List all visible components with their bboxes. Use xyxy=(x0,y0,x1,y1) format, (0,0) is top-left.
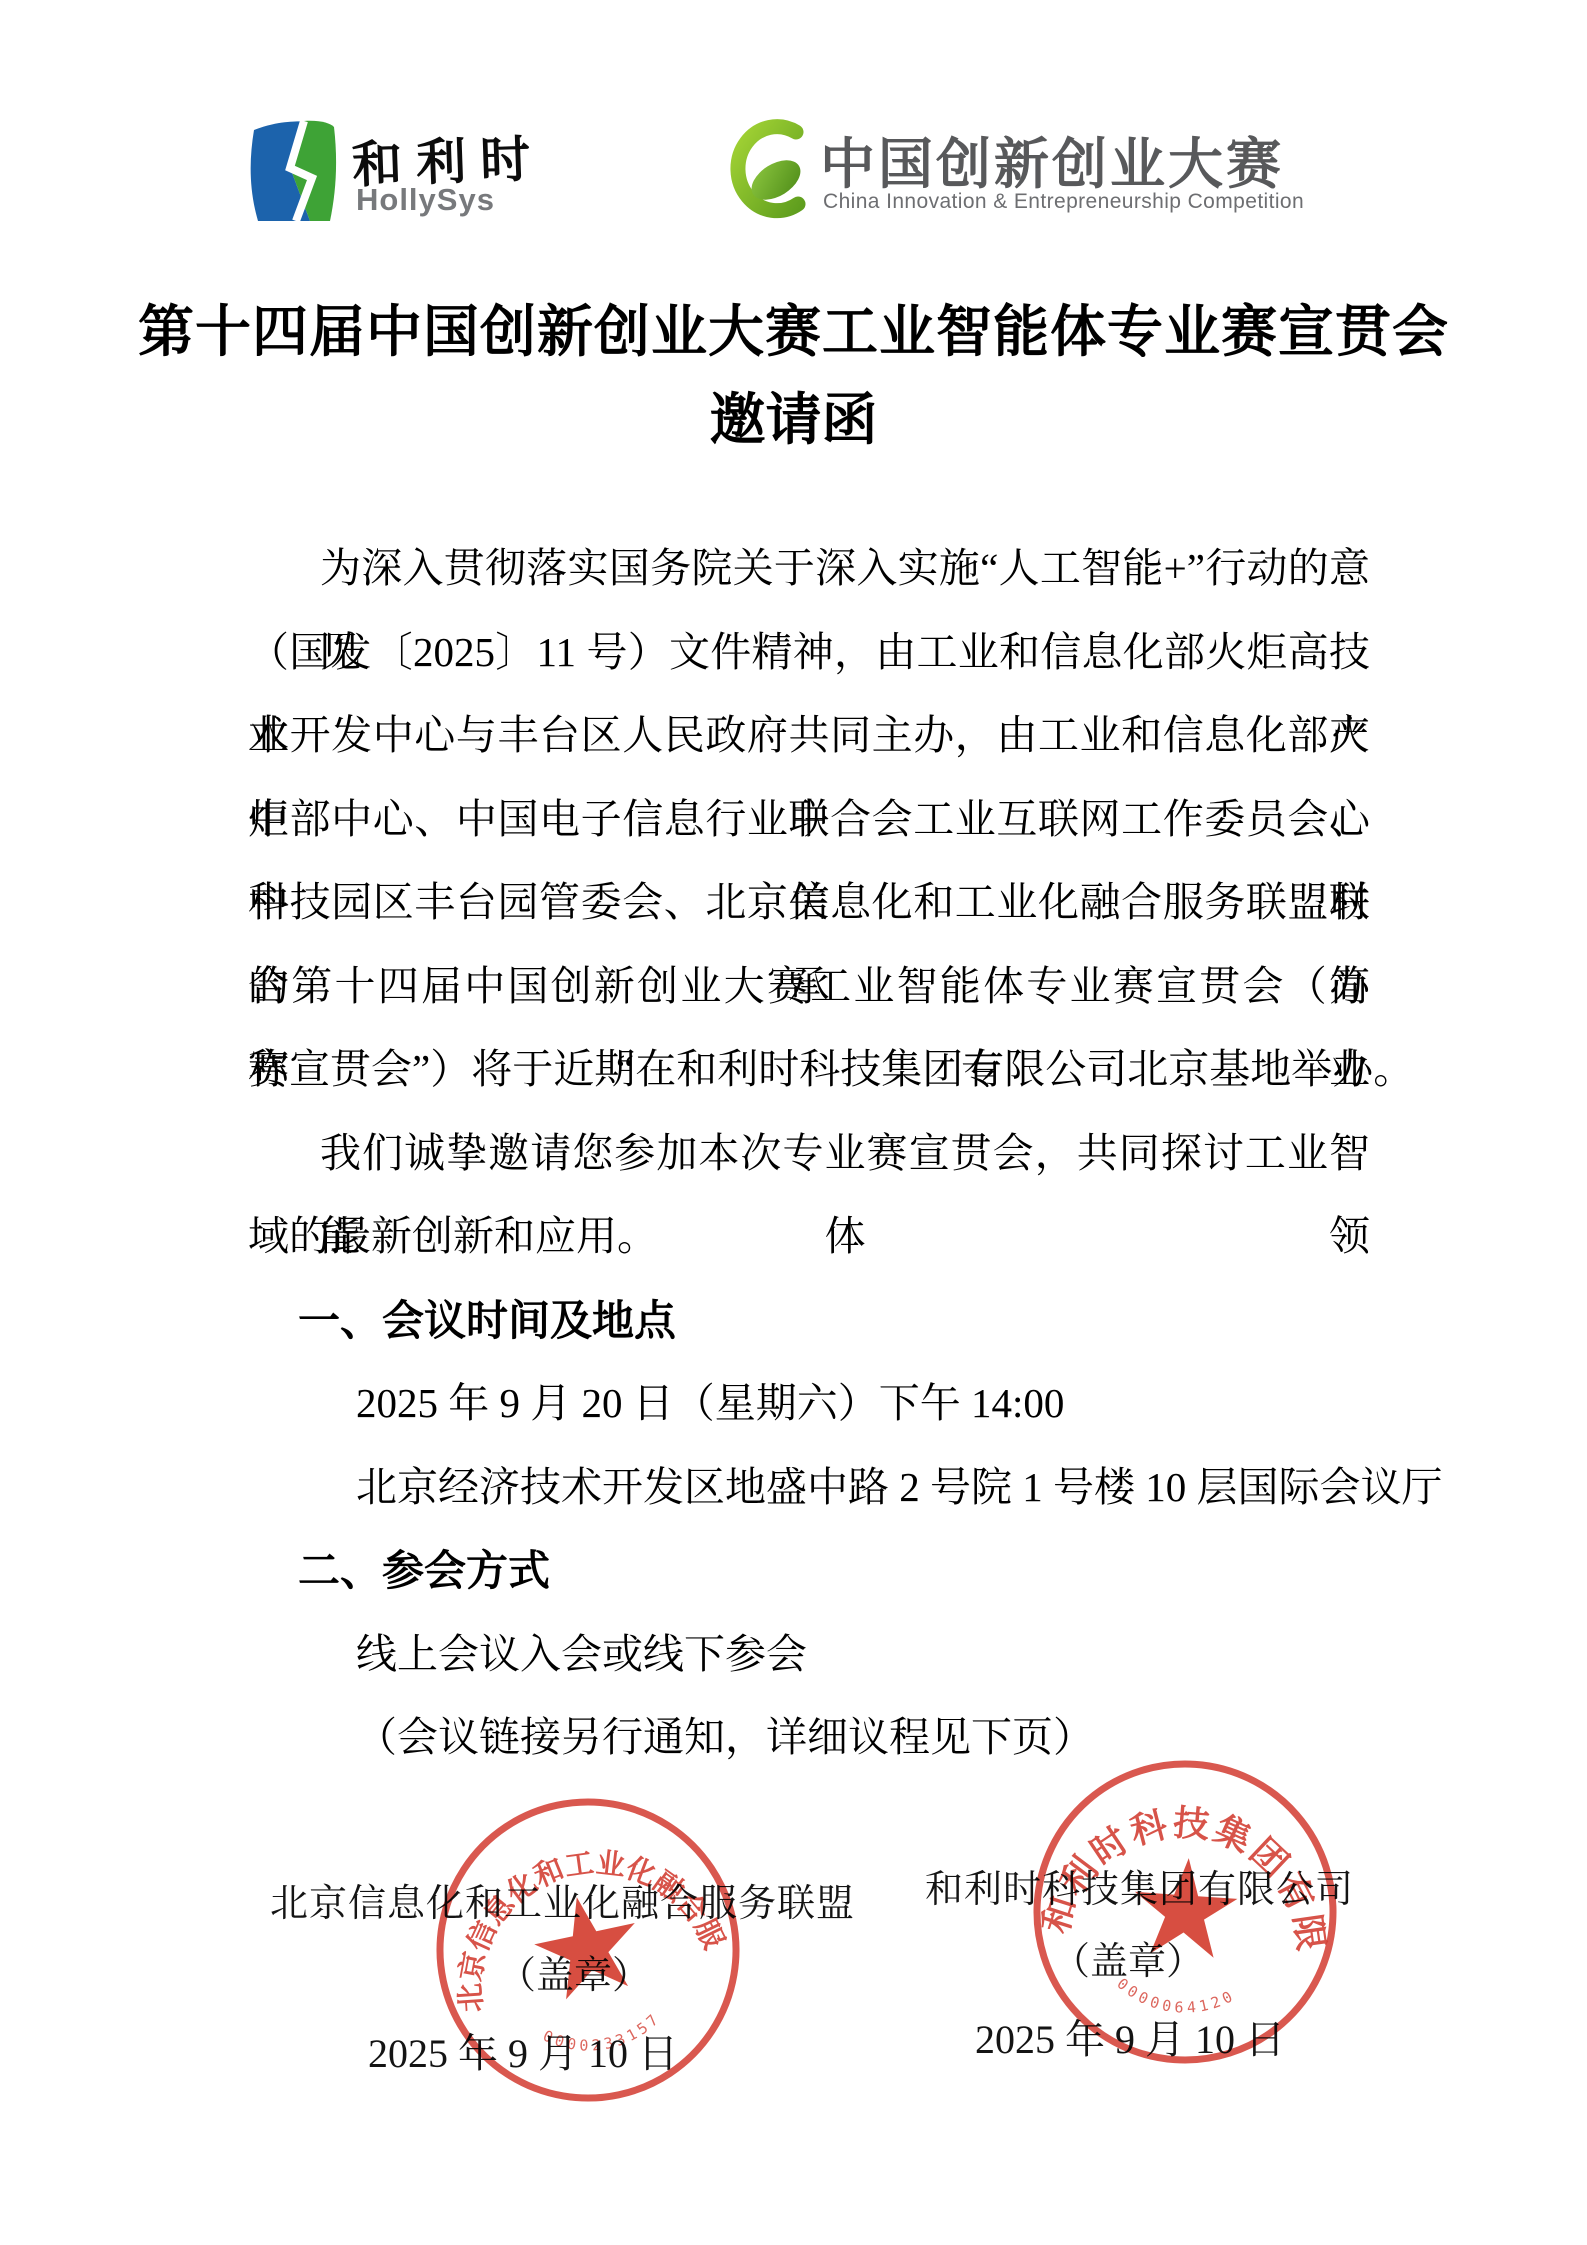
paragraph1-line: 中部中心、中国电子信息行业联合会工业互联网工作委员会、中关村 xyxy=(248,778,1370,862)
section1-heading: 一、会议时间及地点 xyxy=(248,1279,1370,1363)
paragraph1-line: 的第十四届中国创新创业大赛工业智能体专业赛宣贯会（简称“专业 xyxy=(248,945,1370,1029)
right-red-seal-stamp: 和利时科技集团有限公司 0000064120 xyxy=(1014,1741,1356,2083)
invitation-document-page: 和利时 HollySys 中国创新创业大赛 China Innovation &… xyxy=(0,0,1587,2245)
paragraph1-line: 赛宣贯会”）将于近期在和利时科技集团有限公司北京基地举办。 xyxy=(248,1028,1370,1112)
paragraph1-line: 为深入贯彻落实国务院关于深入实施“人工智能+”行动的意见 xyxy=(248,527,1370,611)
hollysys-logo-icon xyxy=(246,118,340,224)
left-stamp-serial: 0000233157 xyxy=(537,2003,668,2067)
cicec-logo-name: 中国创新创业大赛 xyxy=(820,120,1284,199)
svg-text:0000064120: 0000064120 xyxy=(1112,1974,1240,2021)
paragraph1-line: 业开发中心与丰台区人民政府共同主办，由工业和信息化部火炬中心 xyxy=(248,694,1370,778)
section1-meeting-place: 北京经济技术开发区地盛中路 2 号院 1 号楼 10 层国际会议厅 xyxy=(248,1446,1370,1530)
left-red-seal-stamp: 北京信息化和工业化融合服务联盟 0000233157 xyxy=(398,1760,778,2140)
section1-meeting-time: 2025 年 9 月 20 日（星期六）下午 14:00 xyxy=(248,1362,1370,1446)
stamp-star-icon xyxy=(1131,1855,1240,1960)
paragraph1-line: 科技园区丰台园管委会、北京信息化和工业化融合服务联盟联合承办 xyxy=(248,861,1370,945)
paragraph1-line: （国发〔2025〕11 号）文件精神，由工业和信息化部火炬高技术产 xyxy=(248,611,1370,695)
document-title-line1: 第十四届中国创新创业大赛工业智能体专业赛宣贯会 xyxy=(0,288,1587,368)
section2-participation-mode: 线上会议入会或线下参会 xyxy=(248,1613,1370,1697)
paragraph2-line: 我们诚挚邀请您参加本次专业赛宣贯会，共同探讨工业智能体领 xyxy=(248,1112,1370,1196)
cicec-logo-subtitle: China Innovation & Entrepreneurship Comp… xyxy=(823,190,1304,214)
stamp-star-icon xyxy=(526,1886,647,2003)
svg-text:0000233157: 0000233157 xyxy=(537,2003,668,2067)
section2-heading: 二、参会方式 xyxy=(248,1529,1370,1613)
right-stamp-serial: 0000064120 xyxy=(1112,1974,1240,2021)
cicec-logo-icon xyxy=(720,116,816,220)
document-title-line2: 邀请函 xyxy=(0,376,1587,456)
hollysys-wordmark: HollySys xyxy=(356,182,495,218)
document-body: 为深入贯彻落实国务院关于深入实施“人工智能+”行动的意见 （国发〔2025〕11… xyxy=(248,527,1370,1780)
